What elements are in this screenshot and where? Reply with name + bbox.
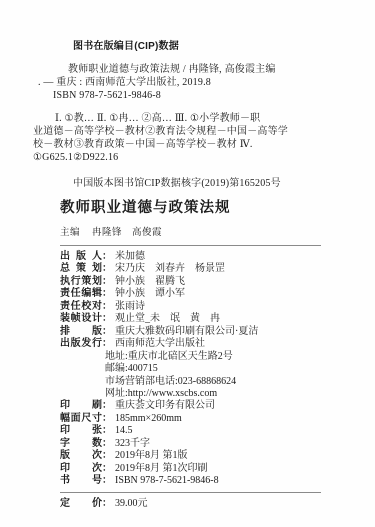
row-label: 出版发行 (60, 338, 102, 350)
cip-registry-number: 中国版本图书馆CIP数据核字(2019)第165205号 (73, 177, 347, 190)
row-label: 出版人 (60, 251, 102, 263)
cip-classification-line: ①G625.1②D922.16 (33, 151, 347, 164)
row-separator: ： (102, 438, 115, 450)
colophon-row-impression: 印次：2019年8月 第1次印刷 (60, 463, 321, 475)
row-value: 323千字 (115, 438, 321, 450)
cip-block: 图书在版编目(CIP)数据 教师职业道德与政策法规 / 冉隆锋, 高俊霞主编 .… (33, 40, 347, 190)
cip-description: 教师职业道德与政策法规 / 冉隆锋, 高俊霞主编 . — 重庆 : 西南师范大学… (33, 63, 347, 102)
row-value: 185mm×260mm (115, 413, 321, 425)
publisher-website: 网址:http://www.xscbs.com (105, 388, 321, 400)
colophon-row-publisher-person: 出版人：米加德 (60, 251, 321, 263)
cip-classification-line: 校－教材③教育政策－中国－高等学校－教材 Ⅳ. (33, 138, 347, 151)
colophon-row-proofreader: 责任校对：张雨诗 (60, 301, 321, 313)
colophon-row-chief-planner: 总策划：宋乃庆 刘春卉 杨景罡 (60, 263, 321, 275)
publisher-postcode: 邮编:400715 (105, 363, 321, 375)
colophon-row-word-count: 字数：323千字 (60, 438, 321, 450)
colophon-row-typesetting: 排版：重庆大雅数码印刷有限公司·夏洁 (60, 326, 321, 338)
row-label: 字数 (60, 438, 102, 450)
colophon-block: 教师职业道德与政策法规 主编冉隆锋 高俊霞 出版人：米加德 总策划：宋乃庆 刘春… (60, 196, 321, 510)
cip-description-line: . — 重庆 : 西南师范大学出版社, 2019.8 (38, 76, 347, 89)
row-label: 责任编辑 (60, 288, 102, 300)
row-separator: ： (102, 338, 115, 350)
price-row: 定价：39.00元 (60, 497, 321, 510)
colophon-row-designer: 装帧设计：观止堂_未 氓 黄 冉 (60, 313, 321, 325)
row-label: 总策划 (60, 263, 102, 275)
row-separator: ： (102, 288, 115, 300)
cip-description-line: ISBN 978-7-5621-9846-8 (53, 89, 347, 102)
row-separator: ： (102, 475, 115, 487)
row-separator: ： (102, 413, 115, 425)
row-label: 书号 (60, 475, 102, 487)
cip-header: 图书在版编目(CIP)数据 (73, 40, 347, 53)
editors-names: 冉隆锋 高俊霞 (92, 228, 162, 238)
cip-classification: Ⅰ. ①教… Ⅱ. ①冉… ②高… Ⅲ. ①小学教师－职 业道德－高等学校－教材… (33, 112, 347, 164)
row-value: 2019年8月 第1版 (115, 450, 321, 462)
row-label: 装帧设计 (60, 313, 102, 325)
row-label: 印刷 (60, 400, 102, 412)
row-value: 2019年8月 第1次印刷 (115, 463, 321, 475)
publisher-phone: 市场营销部电话:023-68868624 (105, 376, 321, 388)
row-label: 责任校对 (60, 301, 102, 313)
editors-label: 主编 (60, 228, 80, 238)
row-separator: ： (102, 400, 115, 412)
cip-classification-line: 业道德－高等学校－教材②教育法令规程－中国－高等学 (33, 125, 347, 138)
row-label: 执行策划 (60, 276, 102, 288)
cip-classification-line: Ⅰ. ①教… Ⅱ. ①冉… ②高… Ⅲ. ①小学教师－职 (55, 112, 347, 125)
publisher-details: 地址:重庆市北碚区天生路2号 邮编:400715 市场营销部电话:023-688… (105, 351, 321, 401)
row-label: 幅面尺寸 (60, 413, 102, 425)
row-value: 重庆大雅数码印刷有限公司·夏洁 (115, 326, 321, 338)
colophon-row-isbn: 书号：ISBN 978-7-5621-9846-8 (60, 475, 321, 487)
row-value: 14.5 (115, 425, 321, 437)
copyright-page: 图书在版编目(CIP)数据 教师职业道德与政策法规 / 冉隆锋, 高俊霞主编 .… (0, 0, 375, 527)
colophon-row-publisher: 出版发行：西南师范大学出版社 (60, 338, 321, 350)
row-separator: ： (102, 263, 115, 275)
row-value: 宋乃庆 刘春卉 杨景罡 (115, 263, 321, 275)
colophon-row-sheets: 印张：14.5 (60, 425, 321, 437)
row-label: 定价 (60, 497, 102, 510)
cip-description-line: 教师职业道德与政策法规 / 冉隆锋, 高俊霞主编 (68, 63, 347, 76)
row-value: 钟小族 翟腾飞 (115, 276, 321, 288)
row-value: 西南师范大学出版社 (115, 338, 321, 350)
row-separator: ： (102, 251, 115, 263)
colophon-row-edition: 版次：2019年8月 第1版 (60, 450, 321, 462)
colophon-row-dimensions: 幅面尺寸：185mm×260mm (60, 413, 321, 425)
publisher-address: 地址:重庆市北碚区天生路2号 (105, 351, 321, 363)
colophon-row-printer: 印刷：重庆荟文印务有限公司 (60, 400, 321, 412)
row-separator: ： (102, 450, 115, 462)
row-separator: ： (102, 276, 115, 288)
row-value: 39.00元 (115, 497, 321, 510)
row-separator: ： (102, 326, 115, 338)
row-label: 印张 (60, 425, 102, 437)
row-value: 重庆荟文印务有限公司 (115, 400, 321, 412)
row-separator: ： (102, 497, 115, 510)
row-separator: ： (102, 313, 115, 325)
row-separator: ： (102, 301, 115, 313)
row-value: ISBN 978-7-5621-9846-8 (115, 475, 321, 487)
colophon-rows: 出版人：米加德 总策划：宋乃庆 刘春卉 杨景罡 执行策划：钟小族 翟腾飞 责任编… (60, 251, 321, 488)
colophon-row-executive-planner: 执行策划：钟小族 翟腾飞 (60, 276, 321, 288)
row-value: 张雨诗 (115, 301, 321, 313)
row-value: 观止堂_未 氓 黄 冉 (115, 313, 321, 325)
price-divider (60, 492, 321, 493)
row-value: 米加德 (115, 251, 321, 263)
editors-line: 主编冉隆锋 高俊霞 (60, 224, 321, 238)
row-value: 钟小族 谭小军 (115, 288, 321, 300)
colophon-row-editor: 责任编辑：钟小族 谭小军 (60, 288, 321, 300)
row-separator: ： (102, 463, 115, 475)
divider (60, 245, 321, 246)
row-label: 排版 (60, 326, 102, 338)
book-title: 教师职业道德与政策法规 (60, 196, 321, 217)
row-separator: ： (102, 425, 115, 437)
row-label: 版次 (60, 450, 102, 462)
row-label: 印次 (60, 463, 102, 475)
